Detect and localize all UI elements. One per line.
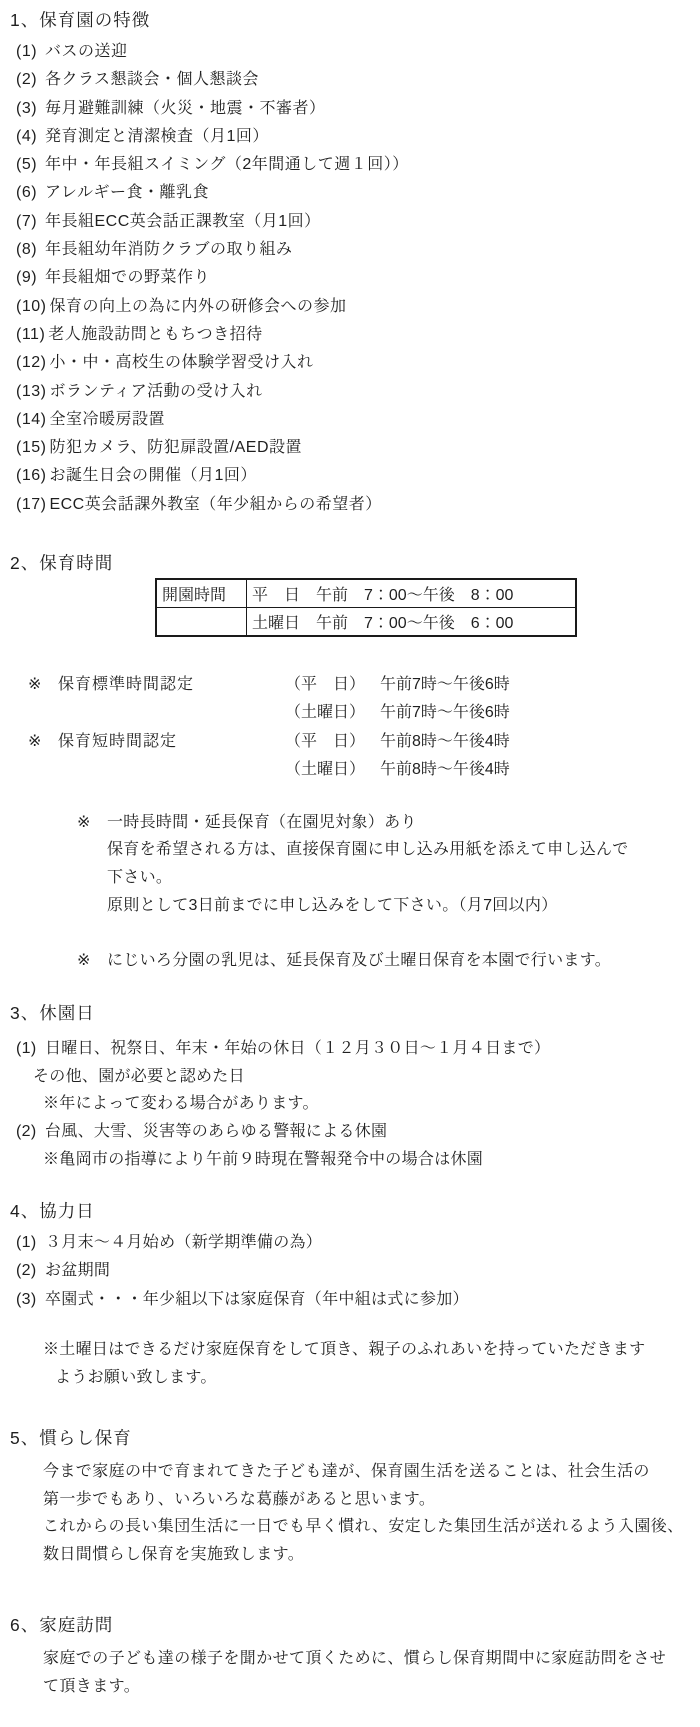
sub-line: ※亀岡市の指導により午前９時現在警報発令中の場合は休園 xyxy=(43,1146,700,1174)
certification-day: （平 日） xyxy=(285,671,380,699)
hours-row-label xyxy=(156,608,247,637)
certification-time: 午前8時～午後4時 xyxy=(380,728,510,756)
section-trial-care-heading: 5、慣らし保育 xyxy=(10,1426,700,1451)
reference-mark: ※ xyxy=(77,809,107,920)
certification-day: （平 日） xyxy=(285,728,380,756)
item-text: 日曜日、祝祭日、年末・年始の休日（１２月３０日～１月４日まで） xyxy=(45,1040,550,1057)
certification-time: 午前8時～午後4時 xyxy=(380,756,510,784)
item-number: (16) xyxy=(16,462,46,490)
item-number: (2) xyxy=(16,1118,42,1146)
table-row: 開園時間 平 日 午前 7：00～午後 8：00 xyxy=(156,579,576,608)
item-number: (3) xyxy=(16,1286,42,1315)
paragraph-line: 数日間慣らし保育を実施致します。 xyxy=(43,1541,700,1569)
certification-line: ※ 保育標準時間認定 （平 日） 午前7時～午後6時 xyxy=(28,671,700,699)
item-number: (5) xyxy=(16,151,42,179)
certification-label xyxy=(58,699,285,727)
list-item: (12)小・中・高校生の体験学習受け入れ xyxy=(16,349,700,377)
list-item: (14)全室冷暖房設置 xyxy=(16,406,700,434)
trial-care-paragraph: 今まで家庭の中で育まれてきた子ども達が、保育園生活を送ることは、社会生活の 第一… xyxy=(43,1458,700,1568)
list-item: (11)老人施設訪問ともちつき招待 xyxy=(16,321,700,349)
item-text: 年長組幼年消防クラブの取り組み xyxy=(45,241,293,258)
section-closed-days-heading: 3、休園日 xyxy=(10,1001,700,1026)
list-item: (2)各クラス懇談会・個人懇談会 xyxy=(16,66,700,94)
item-text: 全室冷暖房設置 xyxy=(49,411,165,428)
sub-line: ※年によって変わる場合があります。 xyxy=(43,1090,700,1118)
certification-label xyxy=(58,756,285,784)
extended-care-note-lines: 一時長時間・延長保育（在園児対象）あり 保育を希望される方は、直接保育園に申し込… xyxy=(107,809,629,920)
home-visit-paragraph: 家庭での子ども達の様子を聞かせて頂くために、慣らし保育期間中に家庭訪問をさせ て… xyxy=(43,1645,700,1700)
certification-label: 保育標準時間認定 xyxy=(58,671,285,699)
item-number: (12) xyxy=(16,349,46,377)
branch-note: ※ にじいろ分園の乳児は、延長保育及び土曜日保育を本園で行います。 xyxy=(77,947,700,976)
paragraph-line: て頂きます。 xyxy=(43,1673,700,1701)
item-text: 保育の向上の為に内外の研修会への参加 xyxy=(49,298,346,315)
item-number: (1) xyxy=(16,1035,42,1063)
paragraph-line: 家庭での子ども達の様子を聞かせて頂くために、慣らし保育期間中に家庭訪問をさせ xyxy=(43,1645,700,1673)
certification-time: 午前7時～午後6時 xyxy=(380,671,510,699)
item-number: (6) xyxy=(16,179,42,207)
reference-mark: ※ xyxy=(28,728,58,756)
item-number: (1) xyxy=(16,1229,42,1258)
list-item: (8)年長組幼年消防クラブの取り組み xyxy=(16,236,700,264)
item-number: (15) xyxy=(16,434,46,462)
document-page: 1、保育園の特徴 (1)バスの送迎 (2)各クラス懇談会・個人懇談会 (3)毎月… xyxy=(0,0,700,1727)
hours-row-value: 平 日 午前 7：00～午後 8：00 xyxy=(247,579,577,608)
paragraph-line: これからの長い集団生活に一日でも早く慣れ、安定した集団生活が送れるよう入園後、 xyxy=(43,1513,700,1541)
features-list: (1)バスの送迎 (2)各クラス懇談会・個人懇談会 (3)毎月避難訓練（火災・地… xyxy=(0,38,700,519)
certification-line: （土曜日） 午前8時～午後4時 xyxy=(28,756,700,784)
list-item: (15)防犯カメラ、防犯扉設置/AED設置 xyxy=(16,434,700,462)
item-number: (17) xyxy=(16,491,46,519)
section-home-visit-heading: 6、家庭訪問 xyxy=(10,1613,700,1638)
item-number: (7) xyxy=(16,208,42,236)
reference-mark: ※ xyxy=(77,947,107,976)
reference-mark: ※ xyxy=(28,671,58,699)
section-hours-heading: 2、保育時間 xyxy=(10,551,700,575)
section-closed-days: 3、休園日 (1)日曜日、祝祭日、年末・年始の休日（１２月３０日～１月４日まで）… xyxy=(0,1001,700,1174)
list-item: (16)お誕生日会の開催（月1回） xyxy=(16,462,700,490)
item-text: 年中・年長組スイミング（2年間通して週１回）） xyxy=(45,156,409,173)
section-features: 1、保育園の特徴 (1)バスの送迎 (2)各クラス懇談会・個人懇談会 (3)毎月… xyxy=(0,8,700,519)
hours-table: 開園時間 平 日 午前 7：00～午後 8：00 土曜日 午前 7：00～午後 … xyxy=(155,578,577,637)
item-number: (10) xyxy=(16,293,46,321)
list-item: (5)年中・年長組スイミング（2年間通して週１回）） xyxy=(16,151,700,179)
item-number: (14) xyxy=(16,406,46,434)
item-number: (1) xyxy=(16,38,42,66)
item-text: 老人施設訪問ともちつき招待 xyxy=(48,326,262,343)
list-item: (13)ボランティア活動の受け入れ xyxy=(16,378,700,406)
item-number: (11) xyxy=(16,321,45,349)
certification-label: 保育短時間認定 xyxy=(58,728,285,756)
item-text: 防犯カメラ、防犯扉設置/AED設置 xyxy=(49,439,302,456)
paragraph-line: 第一歩でもあり、いろいろな葛藤があると思います。 xyxy=(43,1486,700,1514)
item-text: アレルギー食・離乳食 xyxy=(45,184,209,201)
hours-row-value: 土曜日 午前 7：00～午後 6：00 xyxy=(247,608,577,637)
certification-day: （土曜日） xyxy=(285,756,380,784)
cooperation-days-list: (1)３月末～４月始め（新学期準備の為） (2)お盆期間 (3)卒園式・・・年少… xyxy=(0,1229,700,1315)
item-number: (9) xyxy=(16,264,42,292)
item-text: 年長組ECC英会話正課教室（月1回） xyxy=(45,213,321,230)
list-item: (17)ECC英会話課外教室（年少組からの希望者） xyxy=(16,491,700,519)
item-number: (8) xyxy=(16,236,42,264)
saturday-note: ※土曜日はできるだけ家庭保育をして頂き、親子のふれあいを持っていただきます よう… xyxy=(0,1336,700,1392)
list-item: (3)卒園式・・・年少組以下は家庭保育（年中組は式に参加） xyxy=(16,1286,700,1315)
item-number: (2) xyxy=(16,66,42,94)
extended-care-note: ※ 一時長時間・延長保育（在園児対象）あり 保育を希望される方は、直接保育園に申… xyxy=(77,809,700,920)
list-item: (7)年長組ECC英会話正課教室（月1回） xyxy=(16,208,700,236)
reference-mark xyxy=(28,699,58,727)
certification-time: 午前7時～午後6時 xyxy=(380,699,510,727)
note-line: ※土曜日はできるだけ家庭保育をして頂き、親子のふれあいを持っていただきます xyxy=(43,1336,700,1364)
item-text: 各クラス懇談会・個人懇談会 xyxy=(45,71,259,88)
closed-days-list: (1)日曜日、祝祭日、年末・年始の休日（１２月３０日～１月４日まで） その他、園… xyxy=(0,1035,700,1174)
certification-list: ※ 保育標準時間認定 （平 日） 午前7時～午後6時 （土曜日） 午前7時～午後… xyxy=(0,671,700,785)
certification-line: ※ 保育短時間認定 （平 日） 午前8時～午後4時 xyxy=(28,728,700,756)
table-row: 土曜日 午前 7：00～午後 6：00 xyxy=(156,608,576,637)
certification-day: （土曜日） xyxy=(285,699,380,727)
note-line: にじいろ分園の乳児は、延長保育及び土曜日保育を本園で行います。 xyxy=(107,947,611,975)
section-home-visit: 6、家庭訪問 家庭での子ども達の様子を聞かせて頂くために、慣らし保育期間中に家庭… xyxy=(0,1613,700,1700)
list-item: (1)日曜日、祝祭日、年末・年始の休日（１２月３０日～１月４日まで） xyxy=(16,1035,700,1063)
section-trial-care: 5、慣らし保育 今まで家庭の中で育まれてきた子ども達が、保育園生活を送ることは、… xyxy=(0,1426,700,1568)
list-item: (2)お盆期間 xyxy=(16,1257,700,1286)
item-text: 年長組畑での野菜作り xyxy=(45,269,210,286)
item-text: 毎月避難訓練（火災・地震・不審者） xyxy=(45,100,326,117)
reference-mark xyxy=(28,756,58,784)
list-item: (1)３月末～４月始め（新学期準備の為） xyxy=(16,1229,700,1258)
paragraph-line: 今まで家庭の中で育まれてきた子ども達が、保育園生活を送ることは、社会生活の xyxy=(43,1458,700,1486)
section-cooperation-days-heading: 4、協力日 xyxy=(10,1199,700,1224)
item-number: (4) xyxy=(16,123,42,151)
item-number: (2) xyxy=(16,1257,42,1286)
hours-row-label: 開園時間 xyxy=(156,579,247,608)
item-text: お盆期間 xyxy=(45,1262,110,1279)
note-line: 一時長時間・延長保育（在園児対象）あり xyxy=(107,809,629,837)
item-text: ３月末～４月始め（新学期準備の為） xyxy=(45,1234,322,1251)
list-item: (4)発育測定と清潔検査（月1回） xyxy=(16,123,700,151)
sub-line: その他、園が必要と認めた日 xyxy=(33,1063,700,1091)
list-item: (1)バスの送迎 xyxy=(16,38,700,66)
item-text: 小・中・高校生の体験学習受け入れ xyxy=(49,354,313,371)
list-item: (9)年長組畑での野菜作り xyxy=(16,264,700,292)
note-line: 原則として3日前までに申し込みをして下さい。（月7回以内） xyxy=(107,892,629,920)
certification-line: （土曜日） 午前7時～午後6時 xyxy=(28,699,700,727)
item-text: バスの送迎 xyxy=(45,43,128,60)
note-line: 下さい。 xyxy=(107,864,629,892)
list-item: (6)アレルギー食・離乳食 xyxy=(16,179,700,207)
note-line: 保育を希望される方は、直接保育園に申し込み用紙を添えて申し込んで xyxy=(107,836,629,864)
section-hours: 2、保育時間 開園時間 平 日 午前 7：00～午後 8：00 土曜日 午前 7… xyxy=(0,551,700,976)
item-text: お誕生日会の開催（月1回） xyxy=(49,467,256,484)
list-item: (2)台風、大雪、災害等のあらゆる警報による休園 xyxy=(16,1118,700,1146)
item-text: 台風、大雪、災害等のあらゆる警報による休園 xyxy=(45,1123,387,1140)
item-number: (3) xyxy=(16,95,42,123)
section-features-heading: 1、保育園の特徴 xyxy=(10,8,700,33)
item-text: ボランティア活動の受け入れ xyxy=(49,383,262,400)
item-text: 卒園式・・・年少組以下は家庭保育（年中組は式に参加） xyxy=(45,1291,469,1308)
item-text: 発育測定と清潔検査（月1回） xyxy=(45,128,269,145)
section-cooperation-days: 4、協力日 (1)３月末～４月始め（新学期準備の為） (2)お盆期間 (3)卒園… xyxy=(0,1199,700,1393)
item-number: (13) xyxy=(16,378,46,406)
note-line: ようお願い致します。 xyxy=(55,1364,700,1392)
item-text: ECC英会話課外教室（年少組からの希望者） xyxy=(49,496,381,513)
list-item: (10)保育の向上の為に内外の研修会への参加 xyxy=(16,293,700,321)
list-item: (3)毎月避難訓練（火災・地震・不審者） xyxy=(16,95,700,123)
